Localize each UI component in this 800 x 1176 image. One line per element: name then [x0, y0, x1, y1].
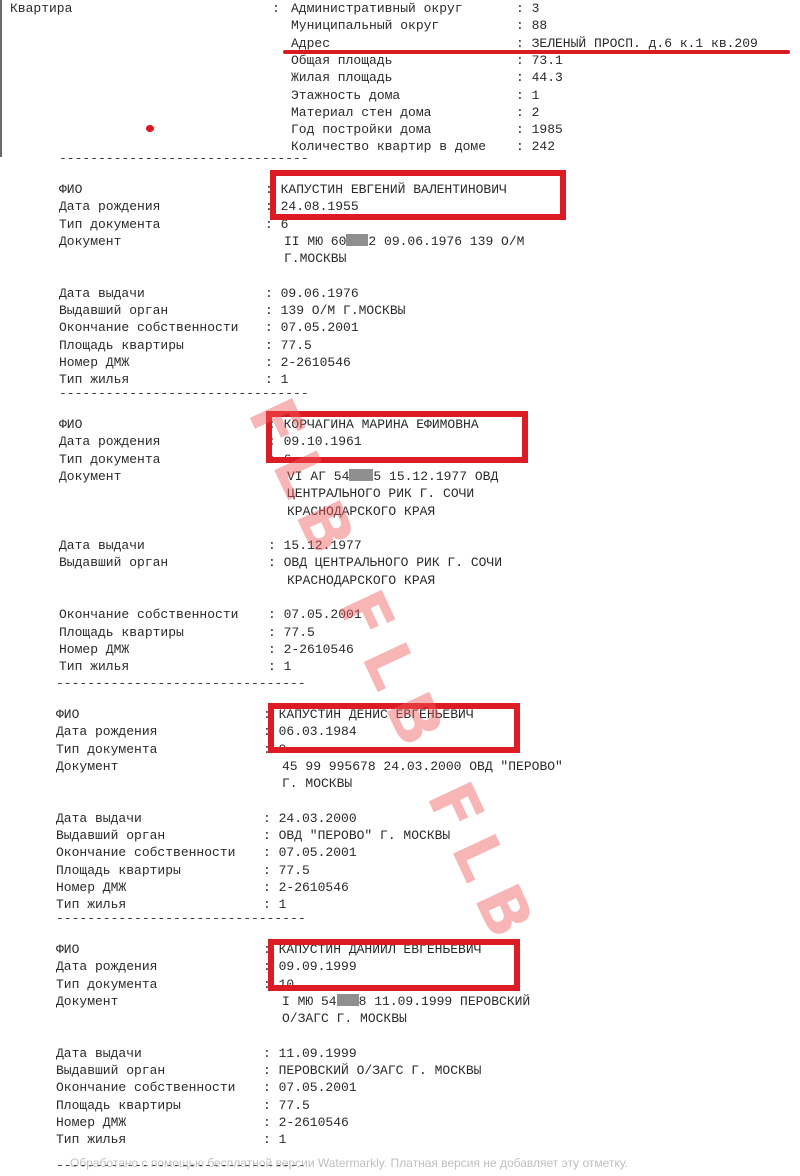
dmzh-number-value: : 2-2610546	[265, 354, 351, 371]
left-border	[0, 0, 2, 157]
ownership-end-label: Окончание собственности	[59, 606, 238, 623]
colon: :	[272, 0, 280, 17]
address-highlight-underline	[283, 50, 790, 54]
separator-line: --------------------------------	[56, 911, 306, 926]
doc-type-label: Тип документа	[59, 216, 160, 233]
fio-label: ФИО	[56, 941, 79, 958]
apartment-area-label: Площадь квартиры	[59, 624, 184, 641]
fio-label: ФИО	[56, 706, 79, 723]
issue-date-label: Дата выдачи	[56, 1045, 142, 1062]
dmzh-number-label: Номер ДМЖ	[56, 1114, 126, 1131]
birth-date-label: Дата рождения	[56, 723, 157, 740]
dmzh-number-label: Номер ДМЖ	[59, 354, 129, 371]
issue-date-label: Дата выдачи	[56, 810, 142, 827]
apartment-field-label: Материал стен дома	[291, 104, 431, 121]
apartment-field-value: : 44.3	[516, 69, 563, 86]
apartment-area-label: Площадь квартиры	[59, 337, 184, 354]
issuer-value: : ПЕРОВСКИЙ О/ЗАГС Г. МОСКВЫ	[263, 1062, 481, 1079]
issuer-label: Выдавший орган	[59, 302, 168, 319]
ownership-end-value: : 07.05.2001	[263, 844, 357, 861]
housing-type-label: Тип жилья	[59, 658, 129, 675]
ownership-end-label: Окончание собственности	[56, 844, 235, 861]
apartment-field-value: : 1985	[516, 121, 563, 138]
separator-line: --------------------------------	[59, 151, 309, 166]
fio-label: ФИО	[59, 181, 82, 198]
ownership-end-value: : 07.05.2001	[263, 1079, 357, 1096]
document-label: Документ	[59, 468, 121, 485]
birth-date-label: Дата рождения	[59, 198, 160, 215]
issue-date-value: : 11.09.1999	[263, 1045, 357, 1062]
issuer-value: : ОВД "ПЕРОВО" Г. МОСКВЫ	[263, 827, 450, 844]
redacted-block	[349, 469, 373, 481]
ownership-end-label: Окончание собственности	[59, 319, 238, 336]
dmzh-number-value: : 2-2610546	[263, 1114, 349, 1131]
housing-type-value: : 1	[263, 1131, 286, 1148]
apartment-area-value: : 77.5	[263, 1097, 310, 1114]
issue-date-value: : 09.06.1976	[265, 285, 359, 302]
redacted-block	[337, 994, 359, 1006]
apartment-field-value: : 2	[516, 104, 539, 121]
document-value-line2: Г.МОСКВЫ	[284, 250, 346, 267]
apartment-field-label: Общая площадь	[291, 52, 392, 69]
ownership-end-value: : 07.05.2001	[265, 319, 359, 336]
apartment-area-value: : 77.5	[265, 337, 312, 354]
document-value: I МЮ 548 11.09.1999 ПЕРОВСКИЙ	[282, 993, 530, 1010]
apartment-field-label: Муниципальный округ	[291, 17, 439, 34]
apartment-field-label: Административный округ	[291, 0, 463, 17]
apartment-area-label: Площадь квартиры	[56, 1097, 181, 1114]
apartment-field-label: Год постройки дома	[291, 121, 431, 138]
apartment-field-value: : 73.1	[516, 52, 563, 69]
issue-date-label: Дата выдачи	[59, 285, 145, 302]
doc-type-label: Тип документа	[56, 976, 157, 993]
fio-label: ФИО	[59, 416, 82, 433]
document-label: Документ	[56, 993, 118, 1010]
apartment-field-value: : 242	[516, 138, 555, 155]
document-label: Документ	[56, 758, 118, 775]
apartment-field-label: Жилая площадь	[291, 69, 392, 86]
red-dot-mark	[146, 125, 154, 132]
apartment-area-value: : 77.5	[268, 624, 315, 641]
document-value-line2: Г. МОСКВЫ	[282, 775, 352, 792]
apartment-area-label: Площадь квартиры	[56, 862, 181, 879]
name-highlight-box	[270, 170, 566, 220]
housing-type-value: : 1	[268, 658, 291, 675]
separator-line: --------------------------------	[56, 676, 306, 691]
issuer-label: Выдавший орган	[56, 827, 165, 844]
issue-date-value: : 24.03.2000	[263, 810, 357, 827]
apartment-field-label: Этажность дома	[291, 87, 400, 104]
document-value-line2: О/ЗАГС Г. МОСКВЫ	[282, 1010, 407, 1027]
apartment-field-value: : 88	[516, 17, 547, 34]
issuer-label: Выдавший орган	[59, 554, 168, 571]
doc-type-label: Тип документа	[59, 451, 160, 468]
footer-watermark-text: Обработано с помощью бесплатной версии W…	[70, 1156, 628, 1170]
ownership-end-label: Окончание собственности	[56, 1079, 235, 1096]
dmzh-number-label: Номер ДМЖ	[59, 641, 129, 658]
apartment-field-value: : 1	[516, 87, 539, 104]
apartment-field-label: Количество квартир в доме	[291, 138, 486, 155]
apartment-field-value: : 3	[516, 0, 539, 17]
dmzh-number-label: Номер ДМЖ	[56, 879, 126, 896]
birth-date-label: Дата рождения	[56, 958, 157, 975]
issuer-label: Выдавший орган	[56, 1062, 165, 1079]
housing-type-label: Тип жилья	[56, 1131, 126, 1148]
redacted-block	[346, 234, 368, 246]
document-value: II МЮ 602 09.06.1976 139 О/М	[284, 233, 524, 250]
issue-date-label: Дата выдачи	[59, 537, 145, 554]
document-label: Документ	[59, 233, 121, 250]
birth-date-label: Дата рождения	[59, 433, 160, 450]
dmzh-number-value: : 2-2610546	[263, 879, 349, 896]
apartment-area-value: : 77.5	[263, 862, 310, 879]
issuer-value: : 139 О/М Г.МОСКВЫ	[265, 302, 405, 319]
doc-type-label: Тип документа	[56, 741, 157, 758]
apartment-label: Квартира	[10, 0, 72, 17]
separator-line: --------------------------------	[59, 386, 309, 401]
